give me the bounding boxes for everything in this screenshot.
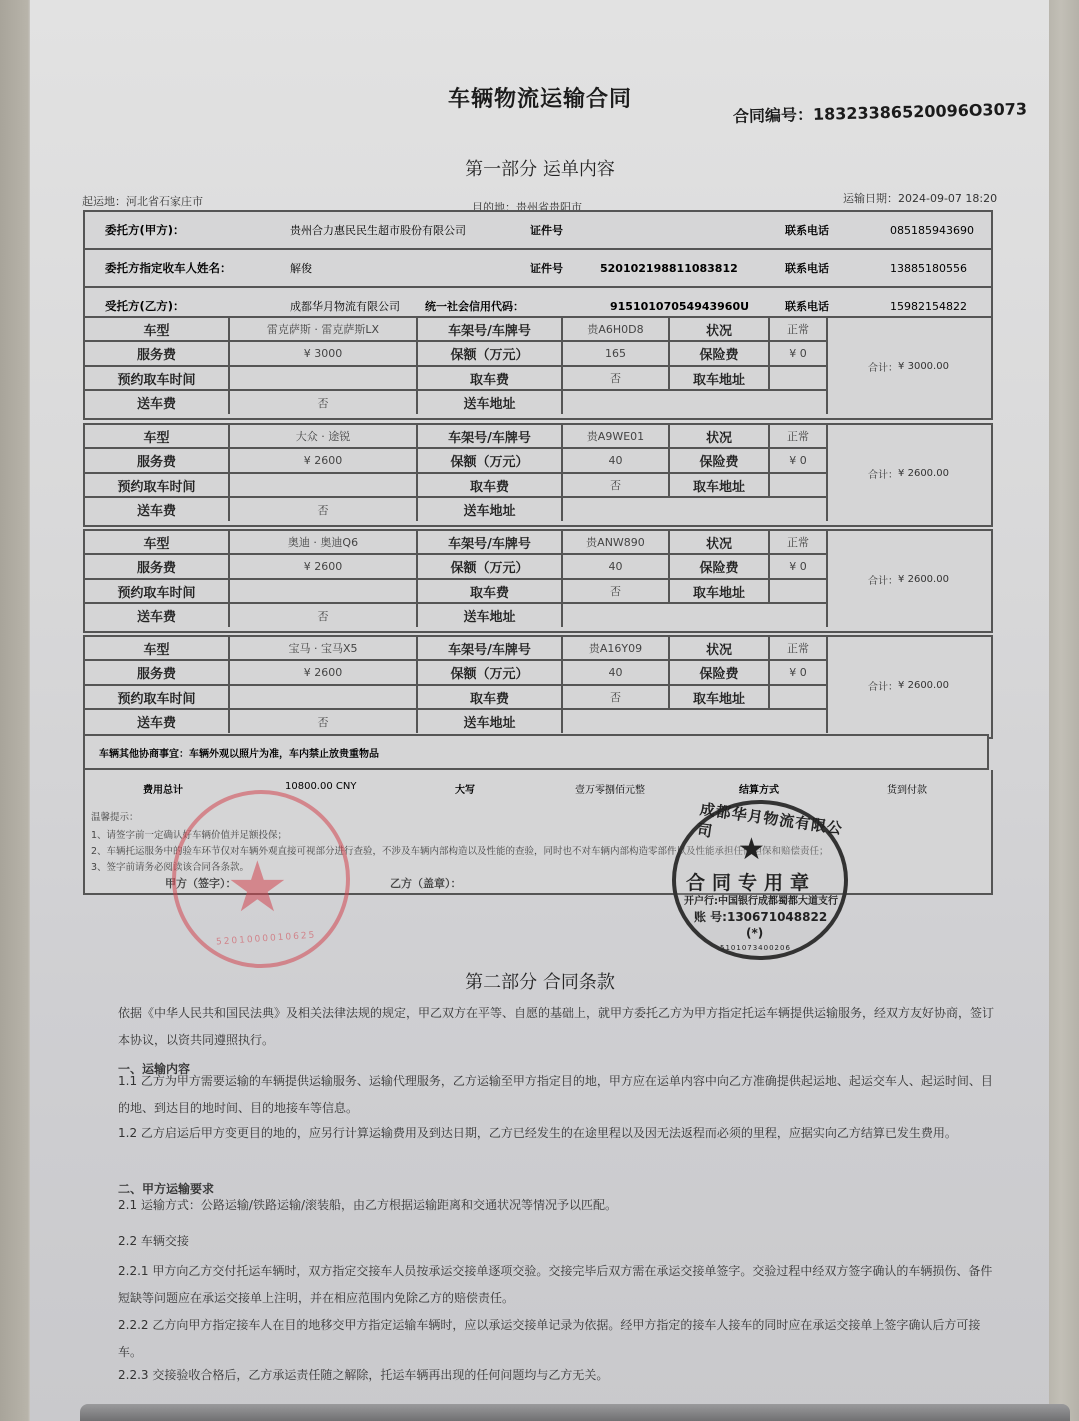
pickup-time-label: 预约取车时间	[85, 367, 230, 391]
pickup-fee-label: 取车费	[418, 367, 563, 391]
clause-2-1: 2.1 运输方式：公路运输/铁路运输/滚装船，由乙方根据运输距离和交通状况等情况…	[90, 1192, 995, 1219]
status-label: 状况	[670, 425, 770, 449]
pickup-time-label: 预约取车时间	[85, 474, 230, 498]
delivery-addr-value	[563, 391, 828, 414]
plate-label: 车架号/车牌号	[418, 318, 563, 342]
origin: 起运地：河北省石家庄市	[82, 193, 203, 209]
party-phone-label: 联系电话	[785, 222, 829, 238]
pickup-fee-label: 取车费	[418, 474, 563, 498]
pickup-time-value	[230, 580, 418, 604]
clause-2-2: 2.2 车辆交接	[90, 1228, 995, 1255]
party-phone-label: 联系电话	[785, 260, 829, 276]
delivery-addr-label: 送车地址	[418, 391, 563, 414]
insured-label: 保额（万元）	[418, 342, 563, 367]
party-phone: 13885180556	[890, 262, 967, 275]
delivery-fee-value: 否	[230, 604, 418, 627]
red-company-seal: ★ 5201000010625	[172, 790, 350, 968]
contract-seal: 成都华月物流有限公司 ★ 合同专用章 开户行:中国银行成都蜀都大道支行 账 号:…	[672, 800, 848, 960]
service-fee-value: ¥ 2600	[230, 555, 418, 580]
insured-value: 40	[563, 555, 670, 580]
pickup-addr-label: 取车地址	[670, 686, 770, 710]
service-fee-label: 服务费	[85, 555, 230, 580]
party-phone-label: 联系电话	[785, 298, 829, 314]
delivery-fee-value: 否	[230, 391, 418, 414]
status-value: 正常	[770, 637, 828, 661]
plate-value: 贵A6H0D8	[563, 318, 670, 342]
sign-party-b: 乙方（盖章）：	[390, 875, 462, 891]
pickup-addr-value	[770, 367, 828, 391]
pickup-addr-value	[770, 580, 828, 604]
status-label: 状况	[670, 531, 770, 555]
service-fee-value: ¥ 3000	[230, 342, 418, 367]
page-edge	[80, 1404, 1070, 1421]
premium-label: 保险费	[670, 342, 770, 367]
delivery-fee-label: 送车费	[85, 391, 230, 414]
premium-label: 保险费	[670, 661, 770, 686]
pickup-addr-value	[770, 474, 828, 498]
premium-value: ¥ 0	[770, 342, 828, 367]
premium-label: 保险费	[670, 555, 770, 580]
pickup-time-value	[230, 474, 418, 498]
delivery-fee-label: 送车费	[85, 604, 230, 627]
service-fee-value: ¥ 2600	[230, 661, 418, 686]
pickup-addr-label: 取车地址	[670, 580, 770, 604]
plate-label: 车架号/车牌号	[418, 425, 563, 449]
background-surface	[1049, 0, 1079, 1421]
delivery-fee-value: 否	[230, 710, 418, 733]
party-table: 委托方(甲方)：贵州合力惠民民生超市股份有限公司证件号联系电话085185943…	[83, 210, 993, 326]
clause-1-1: 1.1 乙方为甲方需要运输的车辆提供运输服务、运输代理服务，乙方运输至甲方指定目…	[90, 1068, 995, 1122]
seal-code: 5201000010625	[216, 931, 317, 948]
party-phone: 15982154822	[890, 300, 967, 313]
pickup-fee-value: 否	[563, 474, 670, 498]
plate-label: 车架号/车牌号	[418, 531, 563, 555]
delivery-addr-label: 送车地址	[418, 710, 563, 733]
seal-code: 5101073400206	[720, 944, 791, 952]
seal-mark: (*)	[746, 926, 763, 940]
premium-value: ¥ 0	[770, 449, 828, 474]
pickup-fee-value: 否	[563, 580, 670, 604]
vehicle-total: 合计：¥ 2600.00	[828, 637, 989, 733]
vehicle-total: 合计：¥ 2600.00	[828, 531, 989, 627]
vehicle-total: 合计：¥ 3000.00	[828, 318, 989, 414]
party-phone: 085185943690	[890, 224, 974, 237]
delivery-addr-label: 送车地址	[418, 498, 563, 521]
model-label: 车型	[85, 531, 230, 555]
pickup-time-value	[230, 367, 418, 391]
service-fee-value: ¥ 2600	[230, 449, 418, 474]
model-label: 车型	[85, 318, 230, 342]
delivery-addr-label: 送车地址	[418, 604, 563, 627]
vehicle-total: 合计：¥ 2600.00	[828, 425, 989, 521]
plate-value: 贵ANW890	[563, 531, 670, 555]
party-id: 91510107054943960U	[610, 300, 749, 313]
clause-2-2-1: 2.2.1 甲方向乙方交付托运车辆时，双方指定交接车人员按承运交接单逐项交验。交…	[90, 1258, 995, 1312]
transport-date: 运输日期：2024-09-07 18:20	[843, 190, 997, 206]
model-value: 大众 · 途锐	[230, 425, 418, 449]
plate-label: 车架号/车牌号	[418, 637, 563, 661]
vehicle-block: 车型奥迪 · 奥迪Q6车架号/车牌号贵ANW890状况正常服务费¥ 2600保额…	[83, 529, 993, 633]
contract-number-label: 合同编号：	[733, 105, 813, 126]
settle-value: 货到付款	[887, 781, 927, 796]
pickup-addr-label: 取车地址	[670, 474, 770, 498]
model-label: 车型	[85, 637, 230, 661]
delivery-addr-value	[563, 604, 828, 627]
delivery-addr-value	[563, 498, 828, 521]
model-value: 雷克萨斯 · 雷克萨斯LX	[230, 318, 418, 342]
tips-heading: 温馨提示：	[91, 809, 139, 823]
service-fee-label: 服务费	[85, 342, 230, 367]
pickup-fee-label: 取车费	[418, 580, 563, 604]
pickup-addr-label: 取车地址	[670, 367, 770, 391]
seal-account: 账 号:13067104882​2	[694, 908, 827, 925]
delivery-addr-value	[563, 710, 828, 733]
insured-label: 保额（万元）	[418, 449, 563, 474]
party-label: 受托方(乙方)：	[105, 298, 185, 314]
party-name: 解俊	[290, 260, 312, 276]
pickup-time-label: 预约取车时间	[85, 580, 230, 604]
insured-label: 保额（万元）	[418, 555, 563, 580]
model-value: 奥迪 · 奥迪Q6	[230, 531, 418, 555]
pickup-fee-value: 否	[563, 367, 670, 391]
party-name: 贵州合力惠民民生超市股份有限公司	[290, 222, 466, 238]
delivery-fee-value: 否	[230, 498, 418, 521]
party-id-label: 统一社会信用代码：	[425, 298, 524, 314]
status-value: 正常	[770, 318, 828, 342]
premium-label: 保险费	[670, 449, 770, 474]
status-label: 状况	[670, 318, 770, 342]
star-icon: ★	[738, 832, 765, 867]
pickup-time-value	[230, 686, 418, 710]
clause-1-2: 1.2 乙方启运后甲方变更目的地的，应另行计算运输费用及到达日期，乙方已经发生的…	[90, 1120, 995, 1147]
intro-paragraph: 依据《中华人民共和国民法典》及相关法律法规的规定，甲乙双方在平等、自愿的基础上，…	[90, 1000, 995, 1054]
settle-label: 结算方式	[739, 781, 779, 796]
party-row: 委托方指定收车人姓名：解俊证件号520102198811083812联系电话13…	[85, 250, 991, 288]
party-label: 委托方(甲方)：	[105, 222, 185, 238]
fee-total-value: 10800.00 CNY	[285, 781, 356, 792]
insured-value: 165	[563, 342, 670, 367]
vehicle-block: 车型大众 · 途锐车架号/车牌号贵A9WE01状况正常服务费¥ 2600保额（万…	[83, 423, 993, 527]
pickup-addr-value	[770, 686, 828, 710]
vehicle-block: 车型雷克萨斯 · 雷克萨斯LX车架号/车牌号贵A6H0D8状况正常服务费¥ 30…	[83, 316, 993, 420]
party-row: 委托方(甲方)：贵州合力惠民民生超市股份有限公司证件号联系电话085185943…	[85, 212, 991, 250]
pickup-fee-value: 否	[563, 686, 670, 710]
plate-value: 贵A16Y09	[563, 637, 670, 661]
fee-upper-value: 壹万零捌佰元整	[575, 781, 645, 796]
service-fee-label: 服务费	[85, 449, 230, 474]
party-id-label: 证件号	[530, 260, 563, 276]
fee-upper-label: 大写	[455, 781, 475, 796]
status-value: 正常	[770, 531, 828, 555]
party-label: 委托方指定收车人姓名：	[105, 260, 232, 276]
pickup-time-label: 预约取车时间	[85, 686, 230, 710]
delivery-fee-label: 送车费	[85, 710, 230, 733]
clause-2-2-2: 2.2.2 乙方向甲方指定接车人在目的地移交甲方指定运输车辆时，应以承运交接单记…	[90, 1312, 995, 1366]
clause-2-2-3: 2.2.3 交接验收合格后，乙方承运责任随之解除，托运车辆再出现的任何问题均与乙…	[90, 1362, 995, 1389]
delivery-fee-label: 送车费	[85, 498, 230, 521]
plate-value: 贵A9WE01	[563, 425, 670, 449]
part1-title: 第一部分 运单内容	[0, 155, 1079, 181]
seal-title: 合同专用章	[686, 868, 816, 895]
model-value: 宝马 · 宝马X5	[230, 637, 418, 661]
insured-value: 40	[563, 449, 670, 474]
insured-label: 保额（万元）	[418, 661, 563, 686]
premium-value: ¥ 0	[770, 661, 828, 686]
insured-value: 40	[563, 661, 670, 686]
star-icon: ★	[226, 852, 289, 922]
premium-value: ¥ 0	[770, 555, 828, 580]
pickup-fee-label: 取车费	[418, 686, 563, 710]
fee-total-label: 费用总计	[143, 781, 183, 796]
part2-title: 第二部分 合同条款	[0, 968, 1079, 994]
status-value: 正常	[770, 425, 828, 449]
remarks: 车辆其他协商事宜：车辆外观以照片为准，车内禁止放贵重物品	[83, 734, 989, 770]
vehicle-block: 车型宝马 · 宝马X5车架号/车牌号贵A16Y09状况正常服务费¥ 2600保额…	[83, 635, 993, 739]
service-fee-label: 服务费	[85, 661, 230, 686]
party-name: 成都华月物流有限公司	[290, 298, 400, 314]
party-id: 520102198811083812	[600, 262, 738, 275]
party-id-label: 证件号	[530, 222, 563, 238]
status-label: 状况	[670, 637, 770, 661]
model-label: 车型	[85, 425, 230, 449]
seal-bank: 开户行:中国银行成都蜀都大道支行	[684, 892, 838, 907]
